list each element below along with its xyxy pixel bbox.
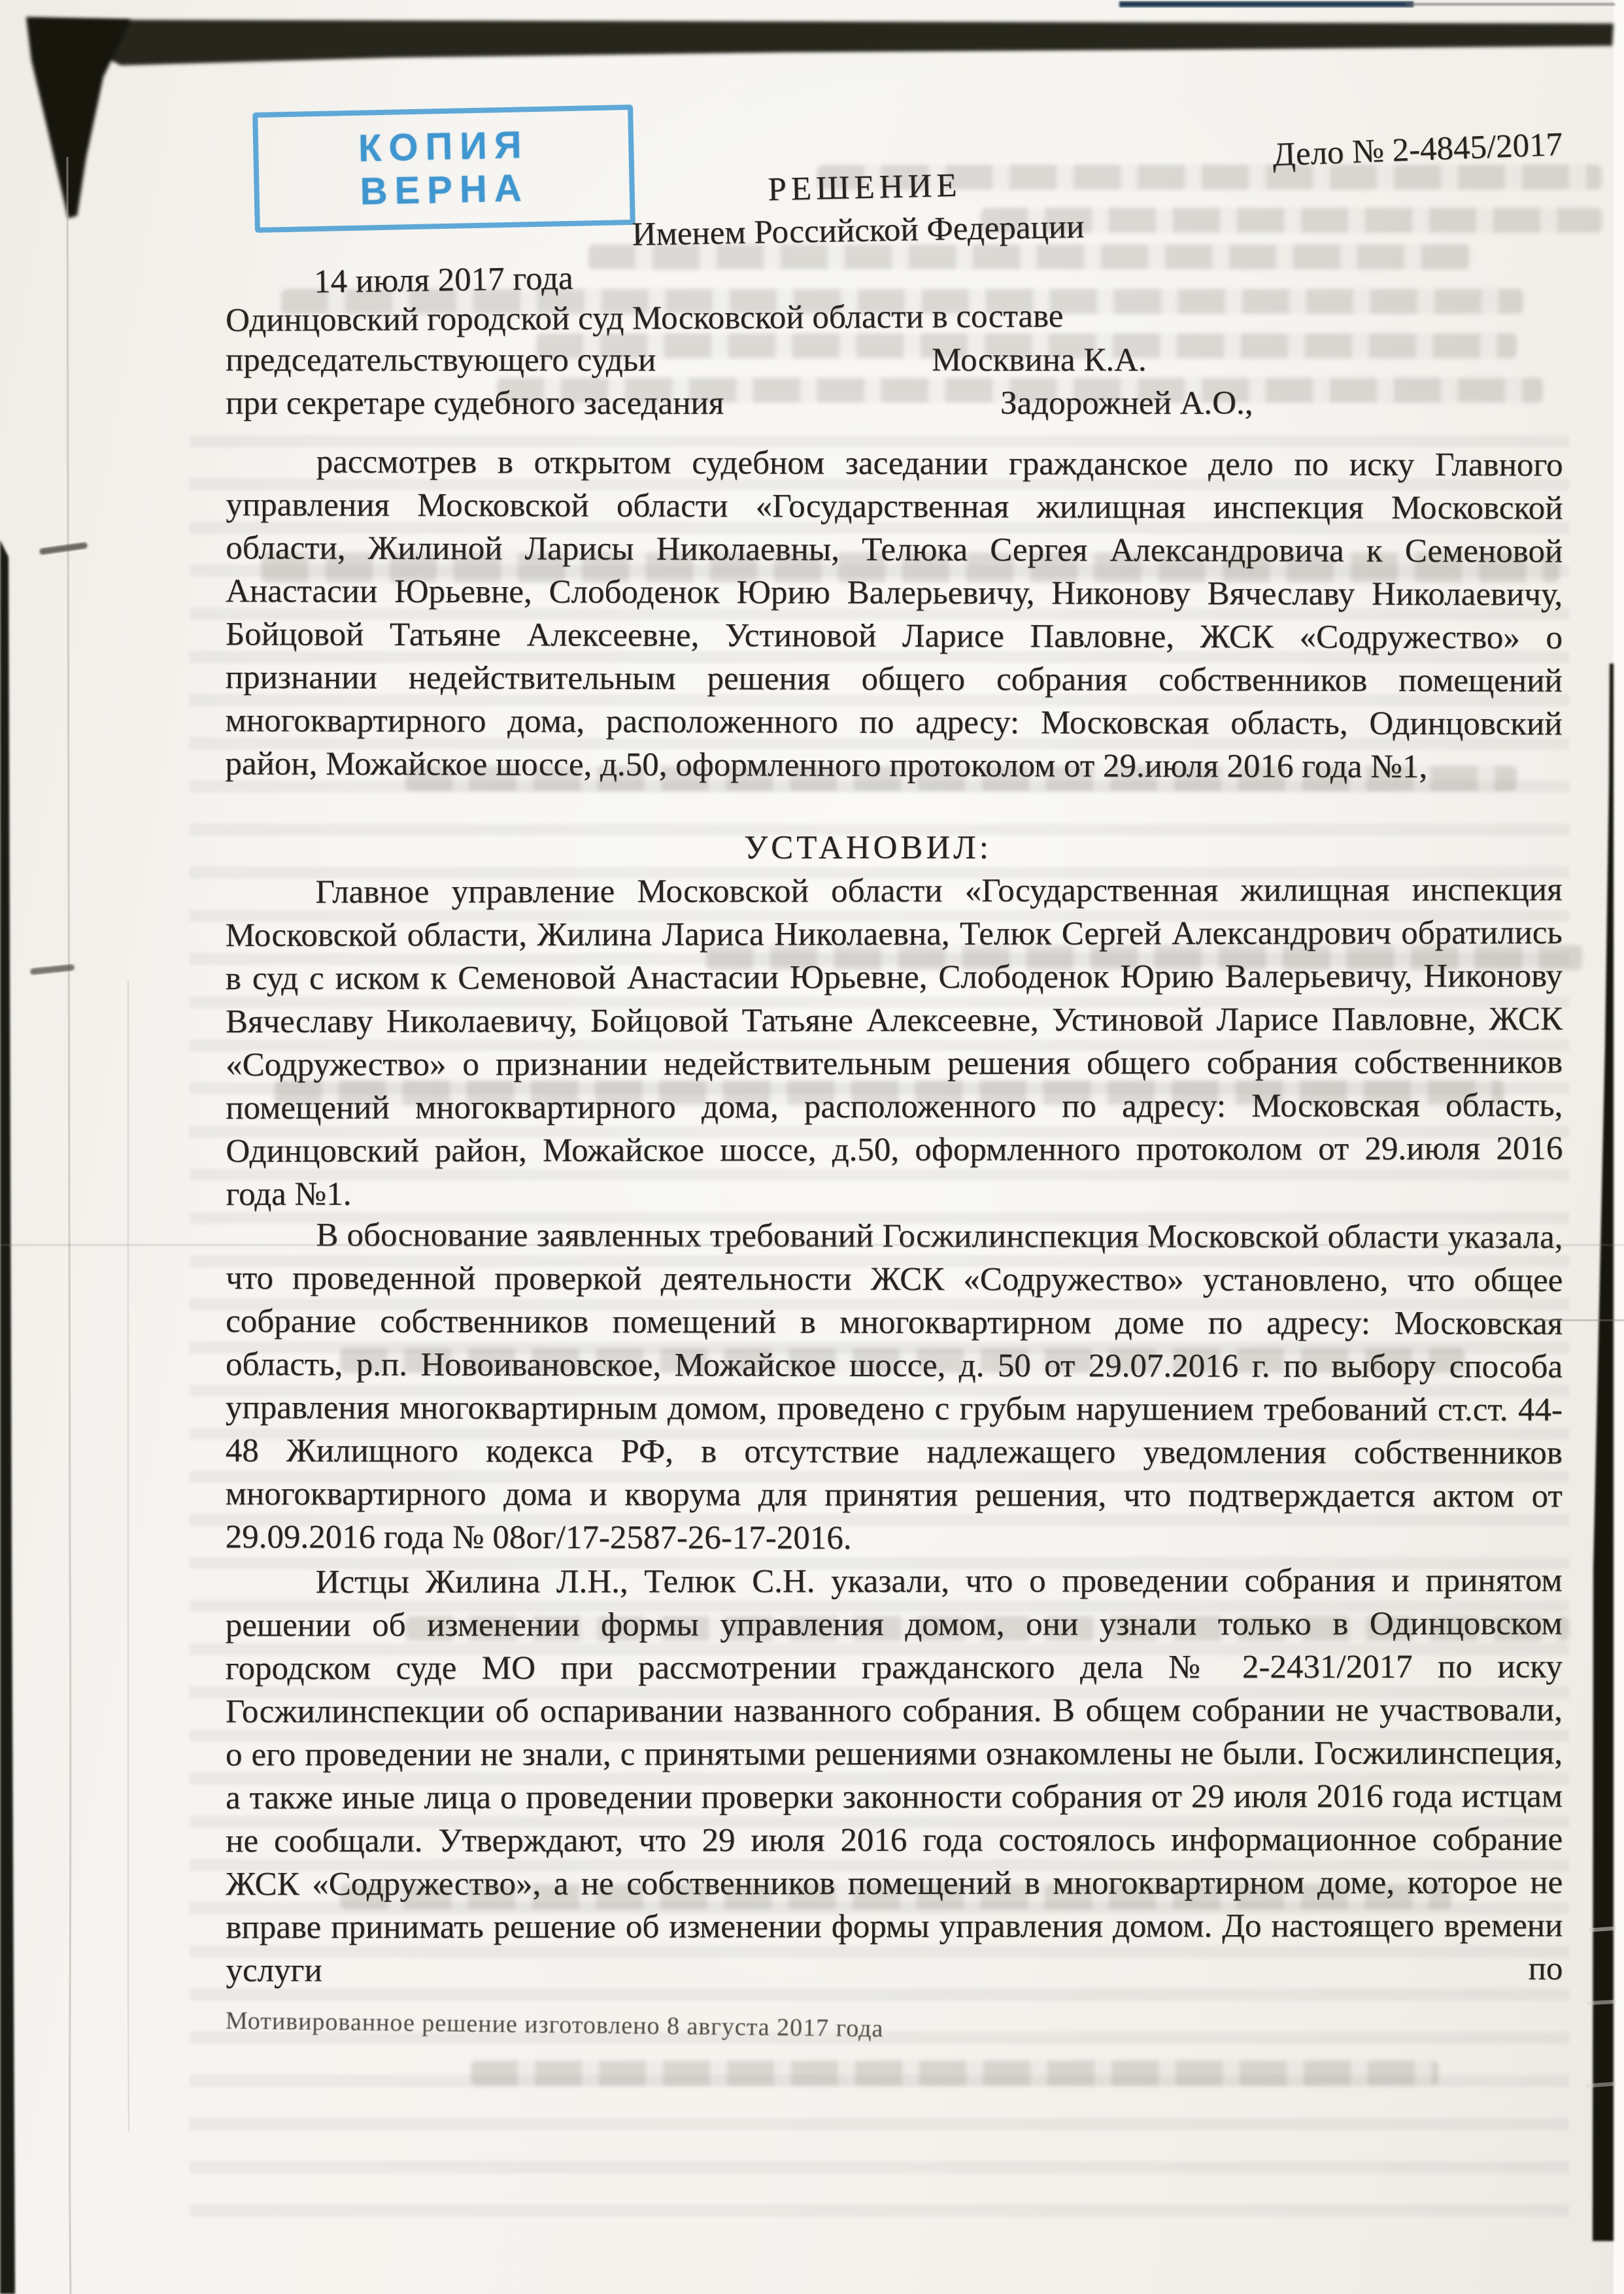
crease-tick [39,542,88,555]
ustanovil-heading: УСТАНОВИЛ: [199,826,1536,869]
scanned-court-decision-page: КОПИЯ ВЕРНА Дело № 2-4845/2017 РЕШЕНИЕ И… [0,0,1624,2294]
judge-label: председательствующего судьи [226,339,932,382]
right-margin-strip [1614,0,1624,2294]
reasoned-decision-note: Мотивированное решение изготовлено 8 авг… [226,2006,1563,2052]
right-edge-shadow [1593,664,1614,2241]
vertical-fold-line-2 [128,981,129,2131]
right-bar-gap [1587,2000,1616,2005]
paragraph-plaintiffs: Истцы Жилина Л.Н., Телюк С.Н. указали, ч… [226,1559,1563,1993]
right-bar-gap [1586,2082,1616,2087]
vertical-fold-line [67,157,71,2294]
bleed-through-line [471,2061,1438,2085]
document-text-block: Дело № 2-4845/2017 РЕШЕНИЕ Именем Россий… [226,0,1563,2036]
court-name-line: Одинцовский городской суд Московской обл… [226,292,1563,343]
crease-tick [30,964,75,975]
secretary-label: при секретаре судебного заседания [226,382,1000,425]
right-bar-gap [1589,1927,1616,1932]
intro-paragraph: рассмотрев в открытом судебном заседании… [225,440,1563,788]
corner-shadow [26,17,131,218]
paragraph-grounds: В обоснование заявленных требований Госж… [226,1213,1563,1561]
left-edge-shadow [0,540,15,2294]
presiding-judge-row: председательствующего судьиМосквина К.А. [226,339,1563,382]
paragraph-claim: Главное управление Московской области «Г… [225,868,1563,1216]
judge-name: Москвина К.А. [932,342,1147,379]
secretary-row: при секретаре судебного заседанияЗадорож… [226,382,1563,425]
secretary-name: Задорожней А.О., [1000,385,1253,422]
